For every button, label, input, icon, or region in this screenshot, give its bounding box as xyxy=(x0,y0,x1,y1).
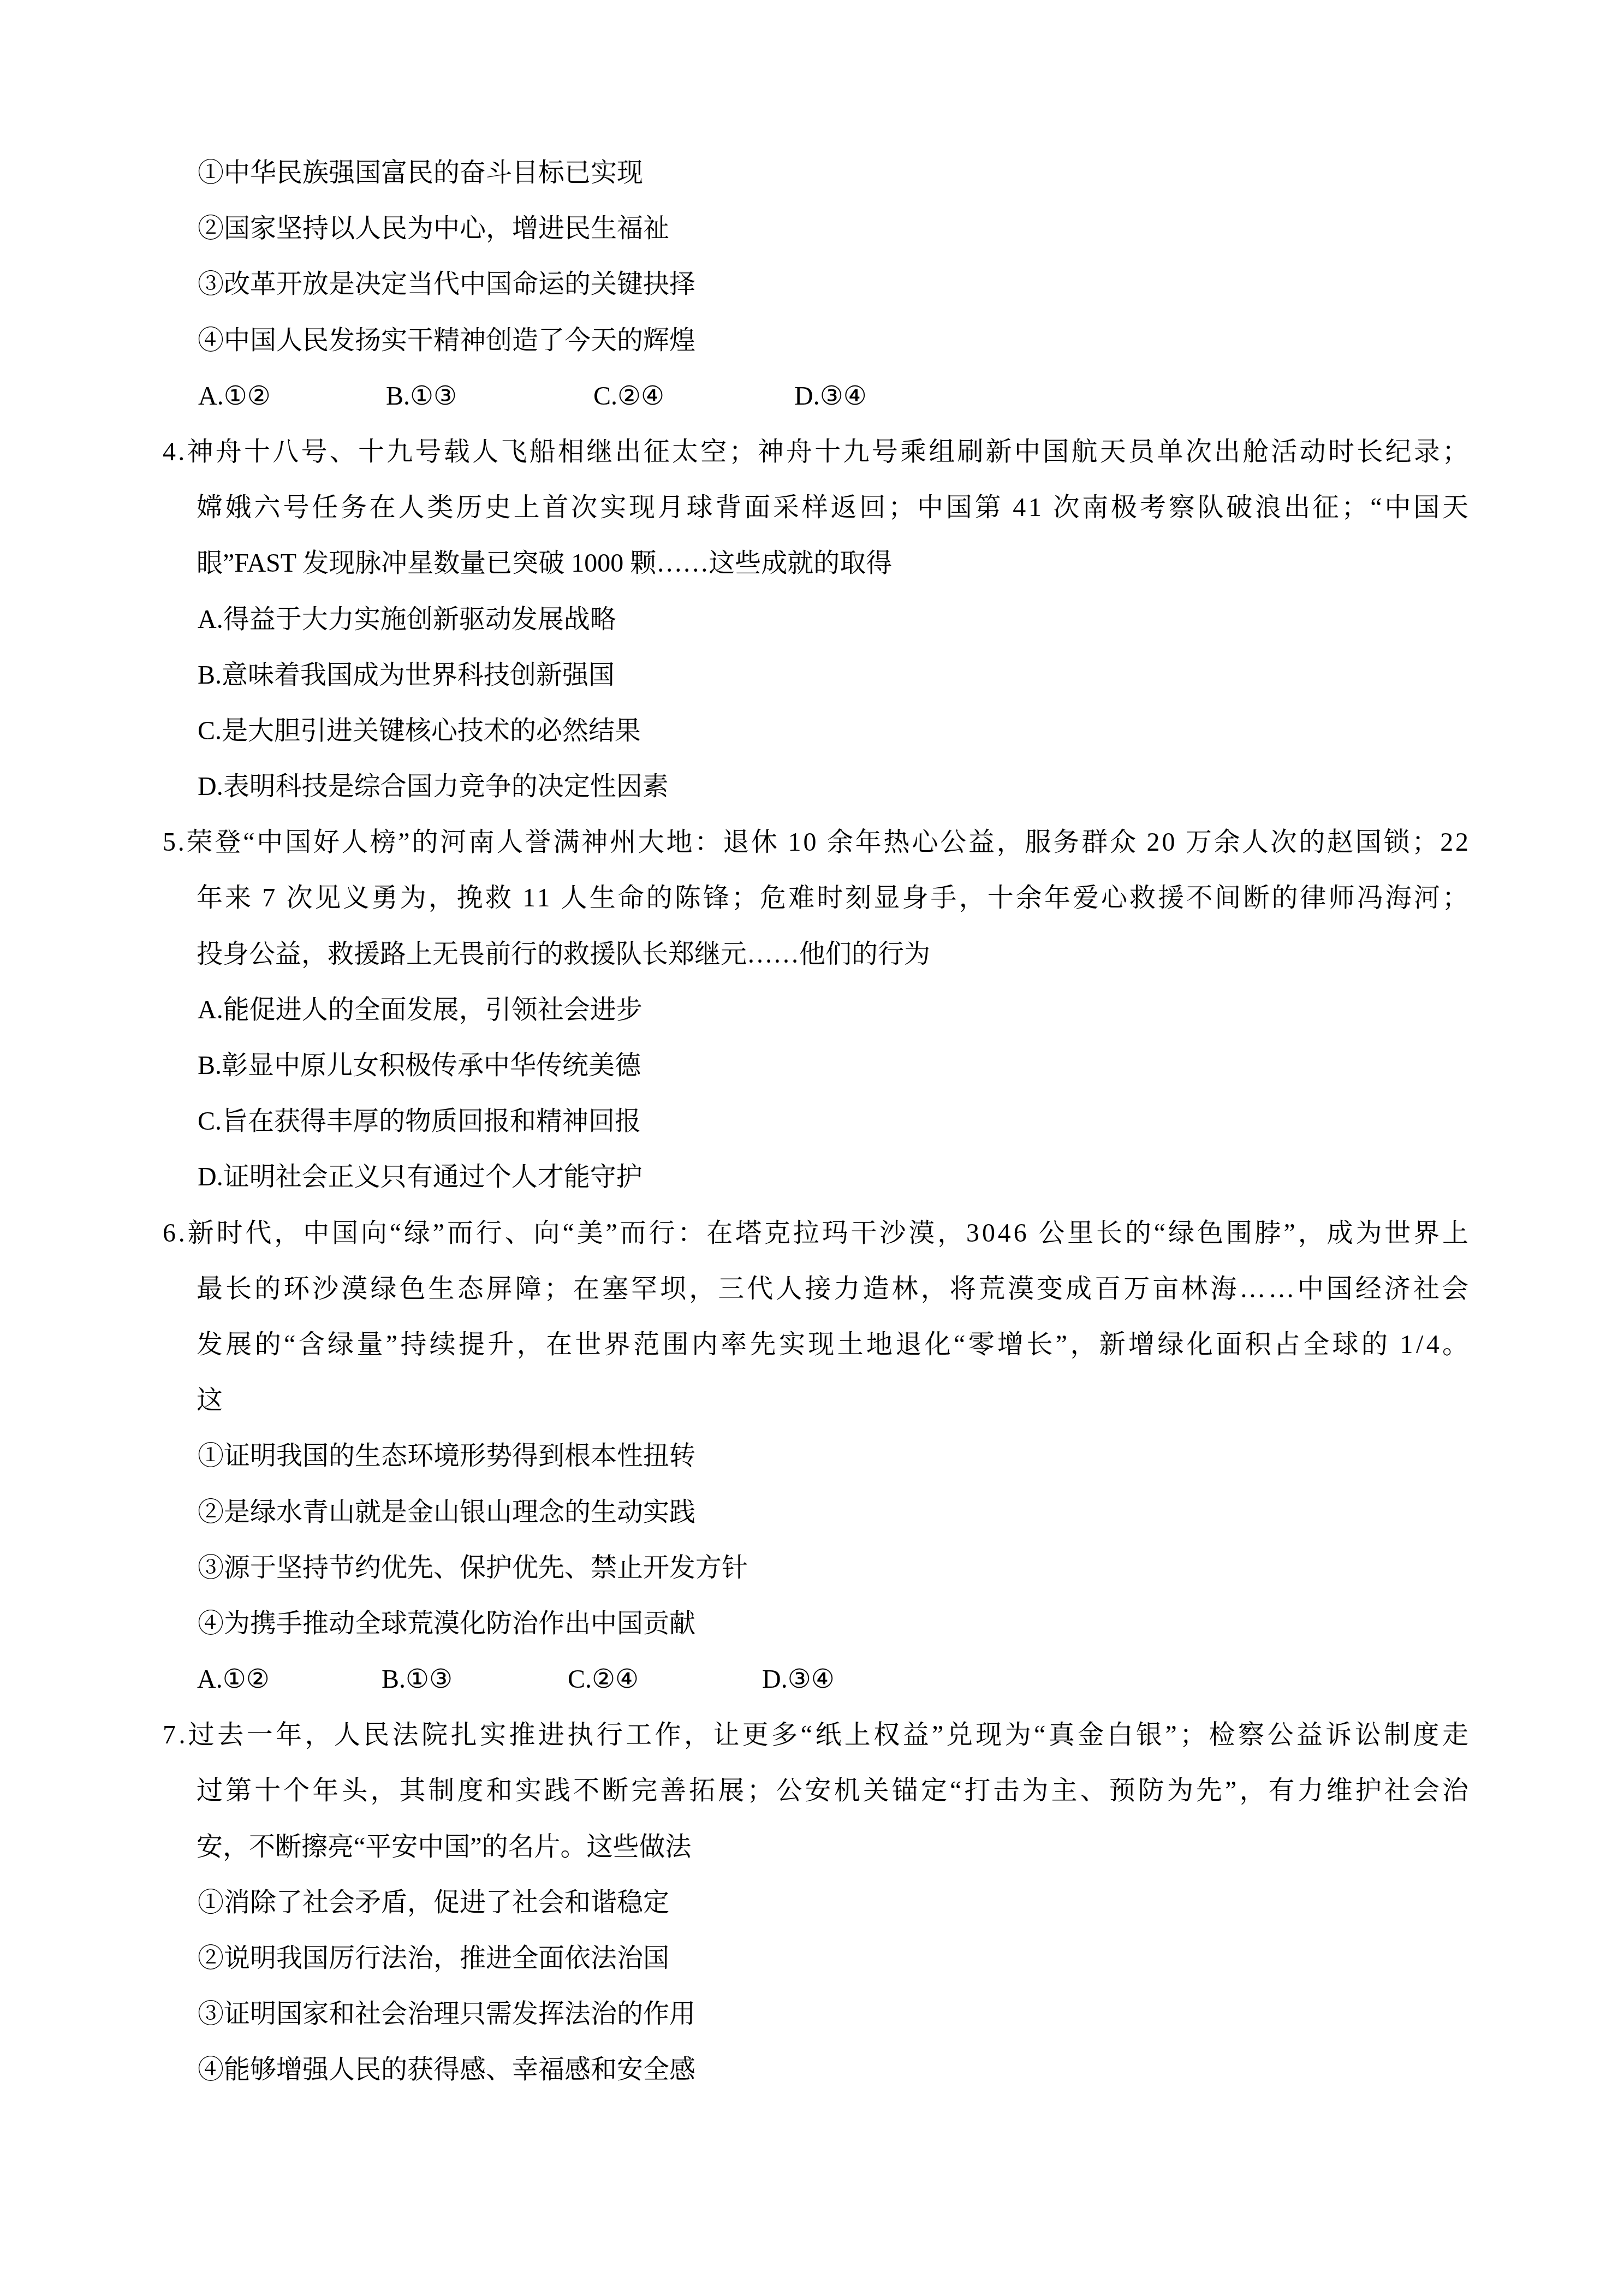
question-stem-line: 投身公益，救援路上无畏前行的救援队长郑继元……他们的行为 xyxy=(0,927,1624,982)
question-stem-line: 4.神舟十八号、十九号载人飞船相继出征太空；神舟十九号乘组刷新中国航天员单次出舱… xyxy=(0,424,1624,480)
question-6: 6.新时代，中国向“绿”而行、向“美”而行：在塔克拉玛干沙漠，3046 公里长的… xyxy=(0,1206,1624,1708)
question-4: 4.神舟十八号、十九号载人飞船相继出征太空；神舟十九号乘组刷新中国航天员单次出舱… xyxy=(0,424,1624,815)
question-stem-line: 过第十个年头，其制度和实践不断完善拓展；公安机关锚定“打击为主、预防为先”，有力… xyxy=(0,1763,1624,1819)
option-c: C.旨在获得丰厚的物质回报和精神回报 xyxy=(0,1094,1624,1149)
option-d: D.表明科技是综合国力竞争的决定性因素 xyxy=(0,759,1624,815)
statement-3: ③证明国家和社会治理只需发挥法治的作用 xyxy=(0,1986,1624,2042)
statement-2: ②说明我国厉行法治，推进全面依法治国 xyxy=(0,1931,1624,1986)
question-3: ①中华民族强国富民的奋斗目标已实现 ②国家坚持以人民为中心，增进民生福祉 ③改革… xyxy=(0,145,1624,424)
choice-c: C.②④ xyxy=(568,1652,639,1707)
question-stem-line: 安，不断擦亮“平安中国”的名片。这些做法 xyxy=(0,1819,1624,1875)
statement-3: ③源于坚持节约优先、保护优先、禁止开发方针 xyxy=(0,1540,1624,1596)
statement-2: ②国家坚持以人民为中心，增进民生福祉 xyxy=(0,201,1624,257)
exam-page: ①中华民族强国富民的奋斗目标已实现 ②国家坚持以人民为中心，增进民生福祉 ③改革… xyxy=(0,145,1624,2098)
option-d: D.证明社会正义只有通过个人才能守护 xyxy=(0,1149,1624,1205)
statement-4: ④为携手推动全球荒漠化防治作出中国贡献 xyxy=(0,1596,1624,1652)
statement-3: ③改革开放是决定当代中国命运的关键抉择 xyxy=(0,257,1624,312)
option-b: B.意味着我国成为世界科技创新强国 xyxy=(0,648,1624,703)
question-stem-line: 6.新时代，中国向“绿”而行、向“美”而行：在塔克拉玛干沙漠，3046 公里长的… xyxy=(0,1206,1624,1261)
statement-2: ②是绿水青山就是金山银山理念的生动实践 xyxy=(0,1485,1624,1540)
option-a: A.得益于大力实施创新驱动发展战略 xyxy=(0,592,1624,648)
question-stem-line: 眼”FAST 发现脉冲星数量已突破 1000 颗……这些成就的取得 xyxy=(0,536,1624,591)
choice-b: B.①③ xyxy=(382,1652,453,1707)
choice-d: D.③④ xyxy=(794,369,867,424)
choice-a: A.①② xyxy=(198,369,271,424)
question-stem-line: 5.荣登“中国好人榜”的河南人誉满神州大地：退休 10 余年热心公益，服务群众 … xyxy=(0,815,1624,870)
option-a: A.能促进人的全面发展，引领社会进步 xyxy=(0,982,1624,1038)
question-stem-line: 7.过去一年，人民法院扎实推进执行工作，让更多“纸上权益”兑现为“真金白银”；检… xyxy=(0,1707,1624,1763)
choice-c: C.②④ xyxy=(593,369,664,424)
question-stem-line: 这 xyxy=(0,1373,1624,1428)
statement-4: ④中国人民发扬实干精神创造了今天的辉煌 xyxy=(0,313,1624,369)
statement-1: ①证明我国的生态环境形势得到根本性扭转 xyxy=(0,1428,1624,1484)
question-stem-line: 嫦娥六号任务在人类历史上首次实现月球背面采样返回；中国第 41 次南极考察队破浪… xyxy=(0,480,1624,536)
answer-choices: A.①② B.①③ C.②④ D.③④ xyxy=(0,1652,1624,1707)
choice-b: B.①③ xyxy=(386,369,457,424)
option-c: C.是大胆引进关键核心技术的必然结果 xyxy=(0,703,1624,759)
choice-d: D.③④ xyxy=(762,1652,835,1707)
answer-choices: A.①② B.①③ C.②④ D.③④ xyxy=(0,369,1624,424)
question-7: 7.过去一年，人民法院扎实推进执行工作，让更多“纸上权益”兑现为“真金白银”；检… xyxy=(0,1707,1624,2098)
choice-a: A.①② xyxy=(197,1652,270,1707)
question-5: 5.荣登“中国好人榜”的河南人誉满神州大地：退休 10 余年热心公益，服务群众 … xyxy=(0,815,1624,1205)
statement-1: ①中华民族强国富民的奋斗目标已实现 xyxy=(0,145,1624,201)
statement-1: ①消除了社会矛盾，促进了社会和谐稳定 xyxy=(0,1875,1624,1931)
option-b: B.彰显中原儿女积极传承中华传统美德 xyxy=(0,1038,1624,1094)
question-stem-line: 发展的“含绿量”持续提升，在世界范围内率先实现土地退化“零增长”，新增绿化面积占… xyxy=(0,1317,1624,1373)
statement-4: ④能够增强人民的获得感、幸福感和安全感 xyxy=(0,2042,1624,2098)
question-stem-line: 年来 7 次见义勇为，挽救 11 人生命的陈锋；危难时刻显身手，十余年爱心救援不… xyxy=(0,870,1624,926)
question-stem-line: 最长的环沙漠绿色生态屏障；在塞罕坝，三代人接力造林，将荒漠变成百万亩林海……中国… xyxy=(0,1261,1624,1317)
